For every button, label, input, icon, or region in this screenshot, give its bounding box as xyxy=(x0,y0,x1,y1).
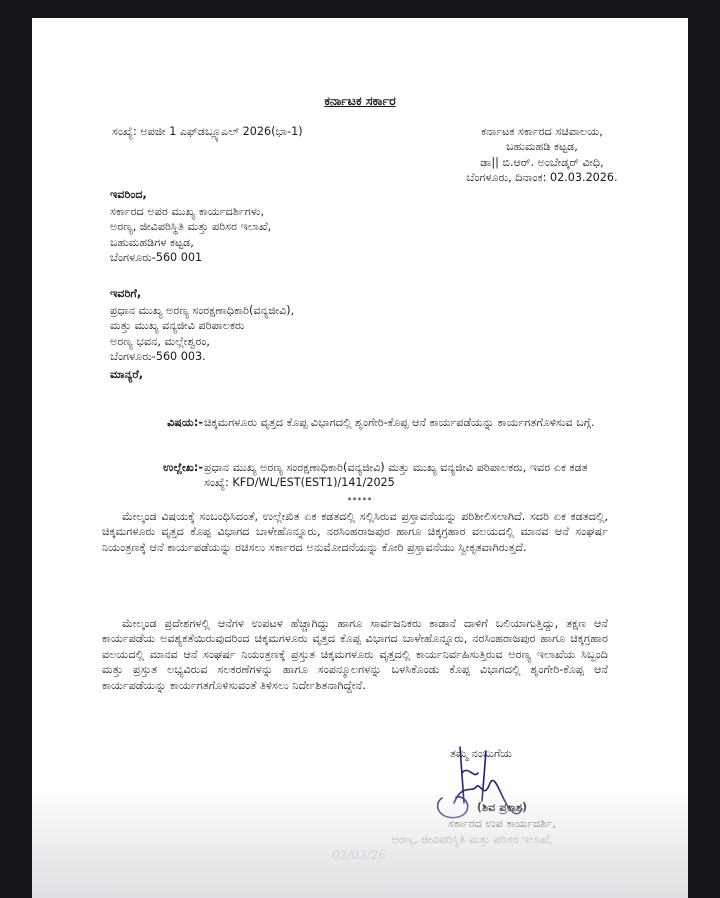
reference-number: ಸಂಖ್ಯೆ: ಅಪಜೀ 1 ಎಫ್‌ಡಬ್ಲ್ಯೂಎಲ್ 2026(ಭಾ-1) xyxy=(112,124,303,139)
office-address-line: ಬಹುಮಹಡಿ ಕಟ್ಟಡ, xyxy=(412,139,672,154)
reference-text: ಪ್ರಧಾನ ಮುಖ್ಯ ಅರಣ್ಯ ಸಂರಕ್ಷಣಾಧಿಕಾರಿ(ವನ್ಯಜೀ… xyxy=(204,460,602,491)
handwritten-date: 02/03/26 xyxy=(332,848,386,862)
from-label: ಇವರಿಂದ, xyxy=(110,187,147,202)
office-address: ಕರ್ನಾಟಕ ಸರ್ಕಾರದ ಸಚಿವಾಲಯ, ಬಹುಮಹಡಿ ಕಟ್ಟಡ, … xyxy=(412,124,672,186)
recipient-line: ಅರಣ್ಯ ಭವನ, ಮಲ್ಲೇಶ್ವರಂ, xyxy=(110,334,294,349)
subject-text: ಚಿಕ್ಕಮಗಳೂರು ವೃತ್ತದ ಕೊಪ್ಪ ವಿಭಾಗದಲ್ಲಿ ಶೃಂಗ… xyxy=(204,415,602,430)
body-paragraph: ಮೇಲ್ಕಂಡ ಪ್ರದೇಶಗಳಲ್ಲಿ ಆನೆಗಳ ಉಪಟಳ ಹೆಚ್ಚಾಗಿ… xyxy=(102,616,608,693)
to-label: ಇವರಿಗೆ, xyxy=(110,286,141,301)
document-title: ಕರ್ನಾಟಕ ಸರ್ಕಾರ xyxy=(32,93,688,109)
signatory-department: ಅರಣ್ಯ, ಜೀವಿಪರಿಸ್ಥಿತಿ ಮತ್ತು ಪರಿಸರ ಇಲಾಖೆ, xyxy=(332,832,612,847)
sender-line: ಬಹುಮಹಡಿಗಳ ಕಟ್ಟಡ, xyxy=(110,235,271,250)
body-paragraph: ಮೇಲ್ಕಂಡ ವಿಷಯಕ್ಕೆ ಸಂಬಂಧಿಸಿದಂತೆ, ಉಲ್ಲೇಖಿತ … xyxy=(102,509,608,555)
office-address-line: ಡಾ|| ಬಿ.ಆರ್. ಅಂಬೇಡ್ಕರ್ ವೀಧಿ, xyxy=(412,155,672,170)
recipient-address: ಪ್ರಧಾನ ಮುಖ್ಯ ಅರಣ್ಯ ಸಂರಕ್ಷಣಾಧಿಕಾರಿ(ವನ್ಯಜೀ… xyxy=(110,303,294,365)
recipient-line: ಮತ್ತು ಮುಖ್ಯ ವನ್ಯಜೀವಿ ಪರಿಪಾಲಕರು xyxy=(110,318,294,333)
signatory-name: (ಶಿವ ಪ್ರಕಾಶ) xyxy=(422,800,582,815)
recipient-line: ಬೆಂಗಳೂರು-560 003. xyxy=(110,349,294,364)
subject-label: ವಿಷಯ:- xyxy=(127,415,203,430)
document-page: ಕರ್ನಾಟಕ ಸರ್ಕಾರ ಸಂಖ್ಯೆ: ಅಪಜೀ 1 ಎಫ್‌ಡಬ್ಲ್ಯ… xyxy=(32,18,688,898)
sender-address: ಸರ್ಕಾರದ ಅಪರ ಮುಖ್ಯ ಕಾರ್ಯದರ್ಶಿಗಳು, ಅರಣ್ಯ, … xyxy=(110,204,271,266)
signatory-title: ಸರ್ಕಾರದ ಉಪ ಕಾರ್ಯದರ್ಶಿ, xyxy=(402,816,602,831)
office-address-line: ಕರ್ನಾಟಕ ಸರ್ಕಾರದ ಸಚಿವಾಲಯ, xyxy=(412,124,672,139)
separator: ***** xyxy=(32,496,688,505)
sender-line: ಅರಣ್ಯ, ಜೀವಿಪರಿಸ್ಥಿತಿ ಮತ್ತು ಪರಿಸರ ಇಲಾಖೆ, xyxy=(110,219,271,234)
sender-line: ಸರ್ಕಾರದ ಅಪರ ಮುಖ್ಯ ಕಾರ್ಯದರ್ಶಿಗಳು, xyxy=(110,204,271,219)
recipient-line: ಪ್ರಧಾನ ಮುಖ್ಯ ಅರಣ್ಯ ಸಂರಕ್ಷಣಾಧಿಕಾರಿ(ವನ್ಯಜೀ… xyxy=(110,303,294,318)
office-address-date: ಬೆಂಗಳೂರು, ದಿನಾಂಕ: 02.03.2026. xyxy=(412,170,672,185)
reference-label: ಉಲ್ಲೇಖ:- xyxy=(112,460,203,475)
sender-line: ಬೆಂಗಳೂರು-560 001 xyxy=(110,250,271,265)
salutation: ಮಾನ್ಯರೆ, xyxy=(110,367,143,382)
